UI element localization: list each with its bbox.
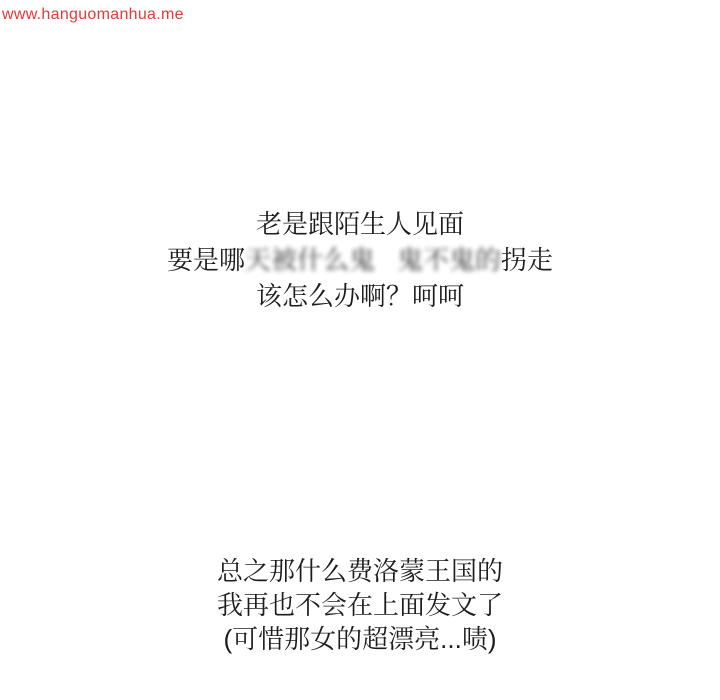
dialogue-text: 要是哪 [167, 245, 245, 275]
dialogue-text: 拐走 [501, 245, 553, 275]
dialogue-line: 该怎么办啊？呵呵 [0, 278, 720, 314]
dialogue-line: 我再也不会在上面发文了 [0, 588, 720, 622]
dialogue-block-2: 总之那什么费洛蒙王国的 我再也不会在上面发文了 (可惜那女的超漂亮...啧) [0, 554, 720, 656]
dialogue-line: 总之那什么费洛蒙王国的 [0, 554, 720, 588]
censored-text: 天被什么鬼 [245, 242, 375, 278]
dialogue-line: (可惜那女的超漂亮...啧) [0, 622, 720, 656]
dialogue-block-1: 老是跟陌生人见面 要是哪天被什么鬼鬼不鬼的拐走 该怎么办啊？呵呵 [0, 206, 720, 314]
dialogue-line-censored: 要是哪天被什么鬼鬼不鬼的拐走 [0, 242, 720, 278]
site-watermark: www.hanguomanhua.me [2, 6, 184, 24]
dialogue-line: 老是跟陌生人见面 [0, 206, 720, 242]
censored-text: 鬼不鬼的 [397, 242, 501, 278]
